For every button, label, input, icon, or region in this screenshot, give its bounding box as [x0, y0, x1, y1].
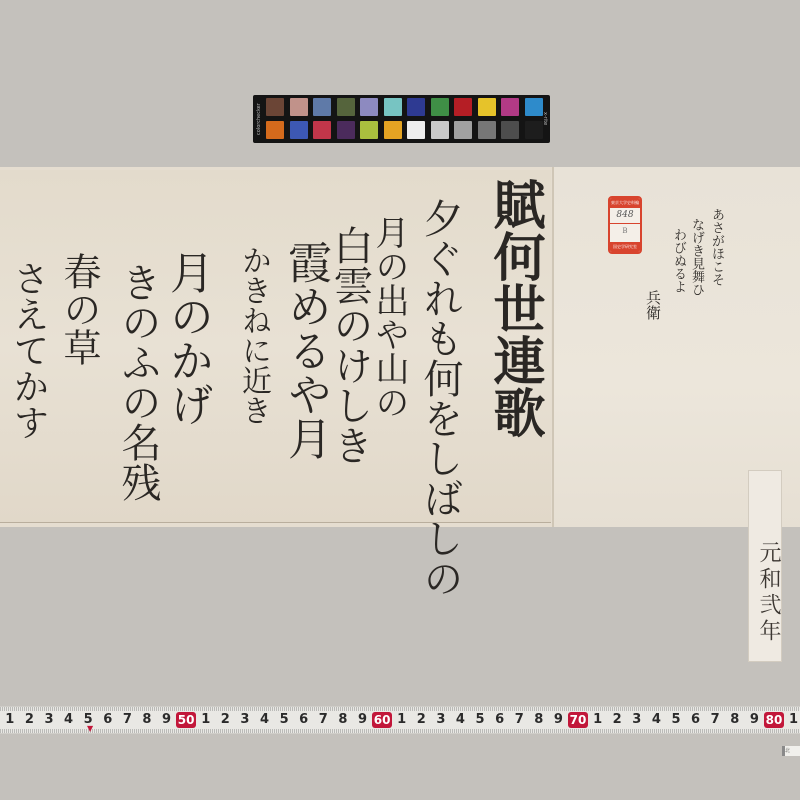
color-swatch	[407, 121, 425, 139]
calligraphy-column: 月のかげ	[165, 250, 209, 426]
ruler-number: 1	[0, 712, 20, 728]
calligraphy-column: さえてかす	[10, 260, 46, 440]
calligraphy-column: 霞めるや月	[283, 240, 327, 460]
label-sub: B	[610, 224, 640, 239]
color-swatch	[313, 121, 331, 139]
ruler-number: 4	[255, 712, 275, 728]
ruler-number: 1	[784, 712, 800, 728]
ruler-number: 4	[647, 712, 667, 728]
ruler-number: 6	[98, 712, 118, 728]
annotation-column: あさがほこそ	[710, 208, 723, 286]
annotation-column: なげき見舞ひ	[690, 218, 703, 296]
ruler-number: 7	[509, 712, 529, 728]
color-swatch	[431, 98, 449, 116]
calligraphy-column: きのふの名残	[118, 262, 158, 502]
label-footer: 国史学研究室	[610, 242, 640, 252]
color-swatch	[337, 98, 355, 116]
ruler-number: 9	[157, 712, 177, 728]
color-swatch	[360, 98, 378, 116]
ruler-number: 7	[705, 712, 725, 728]
color-swatch	[501, 121, 519, 139]
color-swatch	[360, 121, 378, 139]
ruler-number: 9	[353, 712, 373, 728]
ruler-number: 8	[137, 712, 157, 728]
color-swatch	[384, 121, 402, 139]
ruler-number: 2	[411, 712, 431, 728]
color-swatch	[431, 121, 449, 139]
color-checker-brand: colorchecker	[256, 101, 264, 137]
ruler-number: 8	[529, 712, 549, 728]
ruler-number: 5	[274, 712, 294, 728]
ruler-number: 2	[20, 712, 40, 728]
color-swatch	[478, 121, 496, 139]
color-swatch	[501, 98, 519, 116]
measuring-ruler: 1234567895012345678960123456789701234567…	[0, 706, 800, 734]
ruler-number: 2	[216, 712, 236, 728]
date-tag-text: 元和弐年	[753, 541, 784, 645]
color-swatch	[266, 121, 284, 139]
label-header: 東京大学史料編纂所	[610, 198, 640, 208]
calligraphy-column: 春の草	[60, 252, 98, 366]
ruler-number: 3	[431, 712, 451, 728]
color-swatch	[384, 98, 402, 116]
color-swatch	[337, 121, 355, 139]
ruler-number: 1	[588, 712, 608, 728]
ruler-number: 4	[59, 712, 79, 728]
color-swatch	[266, 98, 284, 116]
signature-column: 兵衛	[645, 290, 660, 320]
calligraphy-column: かきねに近き	[238, 245, 268, 425]
date-tag: 元和弐年	[748, 470, 782, 662]
color-swatch	[454, 121, 472, 139]
color-swatch	[290, 98, 308, 116]
calligraphy-column: 白雲のけしき	[330, 225, 370, 465]
ruler-number: 2	[607, 712, 627, 728]
color-swatch	[478, 98, 496, 116]
ruler-number: 3	[39, 712, 59, 728]
ruler-number: 7	[118, 712, 138, 728]
ruler-number: 5	[666, 712, 686, 728]
ruler-number: 7	[314, 712, 334, 728]
calligraphy-title: 賦何世連歌	[488, 178, 540, 438]
color-swatch	[454, 98, 472, 116]
ruler-number: 80	[764, 712, 784, 728]
ruler-marker-icon: ▼	[87, 724, 93, 733]
annotation-column: わびぬるよ	[672, 228, 685, 293]
calligraphy-column: 夕ぐれも何をしばしの	[420, 198, 460, 598]
color-checker-side-label: x-rite	[540, 101, 548, 137]
ruler-number: 6	[490, 712, 510, 728]
ruler-number: 9	[745, 712, 765, 728]
ruler-number: 1	[392, 712, 412, 728]
ruler-number: 50	[176, 712, 196, 728]
color-checker-card: colorchecker x-rite	[253, 95, 550, 143]
ruler-number: 3	[627, 712, 647, 728]
ruler-number: 70	[568, 712, 588, 728]
ruler-number: 60	[372, 712, 392, 728]
ruler-number: 8	[333, 712, 353, 728]
calligraphy-column: 月の出や山の	[372, 215, 406, 419]
ruler-number: 3	[235, 712, 255, 728]
ruler-numbers: 1234567895012345678960123456789701234567…	[0, 712, 800, 728]
collection-label: 東京大学史料編纂所 848 B 国史学研究室	[608, 196, 642, 254]
ruler-number: 6	[294, 712, 314, 728]
color-swatch	[407, 98, 425, 116]
color-swatches	[266, 98, 543, 139]
ruler-number: 1	[196, 712, 216, 728]
color-swatch	[290, 121, 308, 139]
corner-tag: 北	[782, 746, 800, 756]
label-number: 848	[610, 208, 640, 224]
color-swatch	[313, 98, 331, 116]
ruler-number: 4	[451, 712, 471, 728]
ruler-number: 8	[725, 712, 745, 728]
ruler-number: 6	[686, 712, 706, 728]
ruler-number: 9	[549, 712, 569, 728]
ruler-number: 5	[470, 712, 490, 728]
